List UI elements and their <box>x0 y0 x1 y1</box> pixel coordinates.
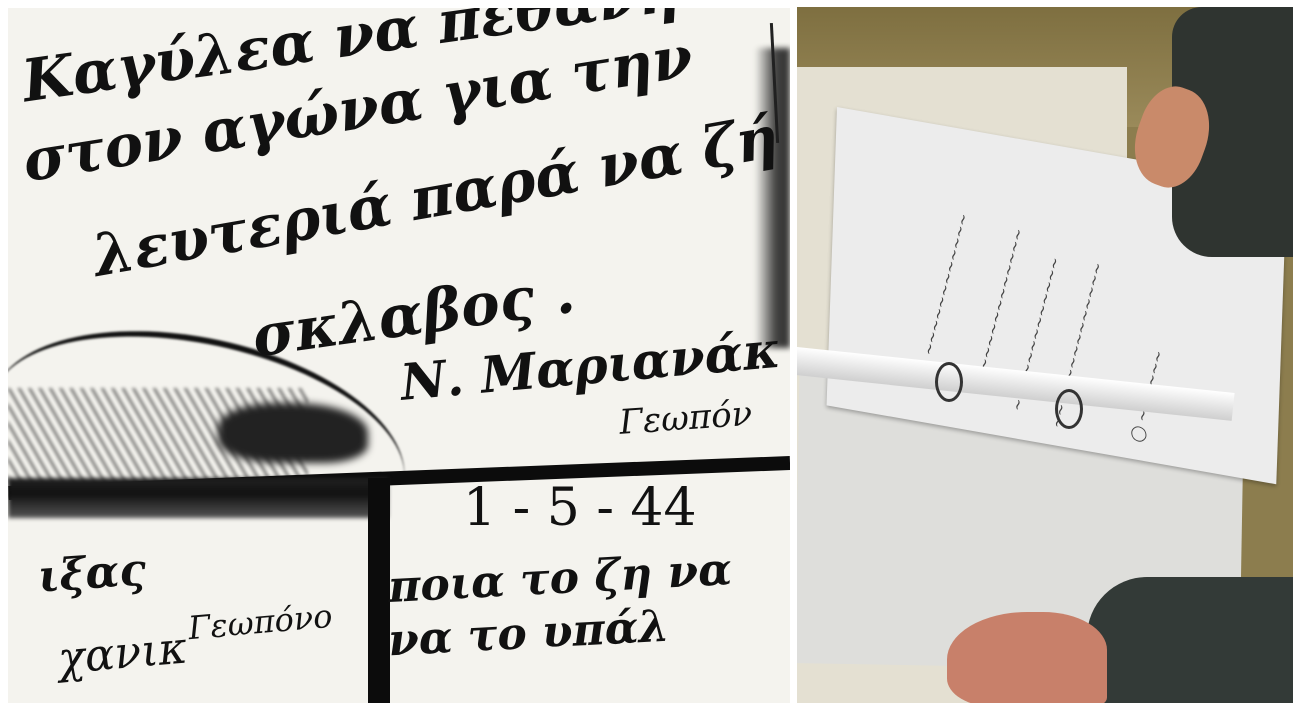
lower-fragment-3: ιξας <box>36 544 147 602</box>
lower-fragment-5: χανικ <box>56 622 189 684</box>
ink-blot <box>218 403 368 463</box>
copy-shadow <box>755 48 790 348</box>
handwritten-letter-photo: Καγύλεα να πεθάνη κανείς στον αγώνα για … <box>8 8 790 703</box>
binder-photo: ~~~~~~~~~~~~ ~~~~~~~~~~~~~~ ~~~~~~~~~~~~… <box>797 7 1293 703</box>
horizontal-smear <box>8 478 388 518</box>
doc-script: ~~~~~~~~~~~~ <box>919 210 973 358</box>
binder-ring-icon <box>935 362 963 402</box>
signature-title: Γεωπόν <box>618 394 754 443</box>
letter-date: 1 - 5 - 44 <box>463 478 697 538</box>
hand-lower <box>947 612 1107 703</box>
binder-ring-icon <box>1055 389 1083 429</box>
lower-fragment-1: ποια το ζη να <box>387 544 733 613</box>
sleeve-lower <box>1087 577 1293 703</box>
lower-fragment-4: Γεωπόνο <box>187 597 334 647</box>
vertical-rule <box>368 478 390 703</box>
